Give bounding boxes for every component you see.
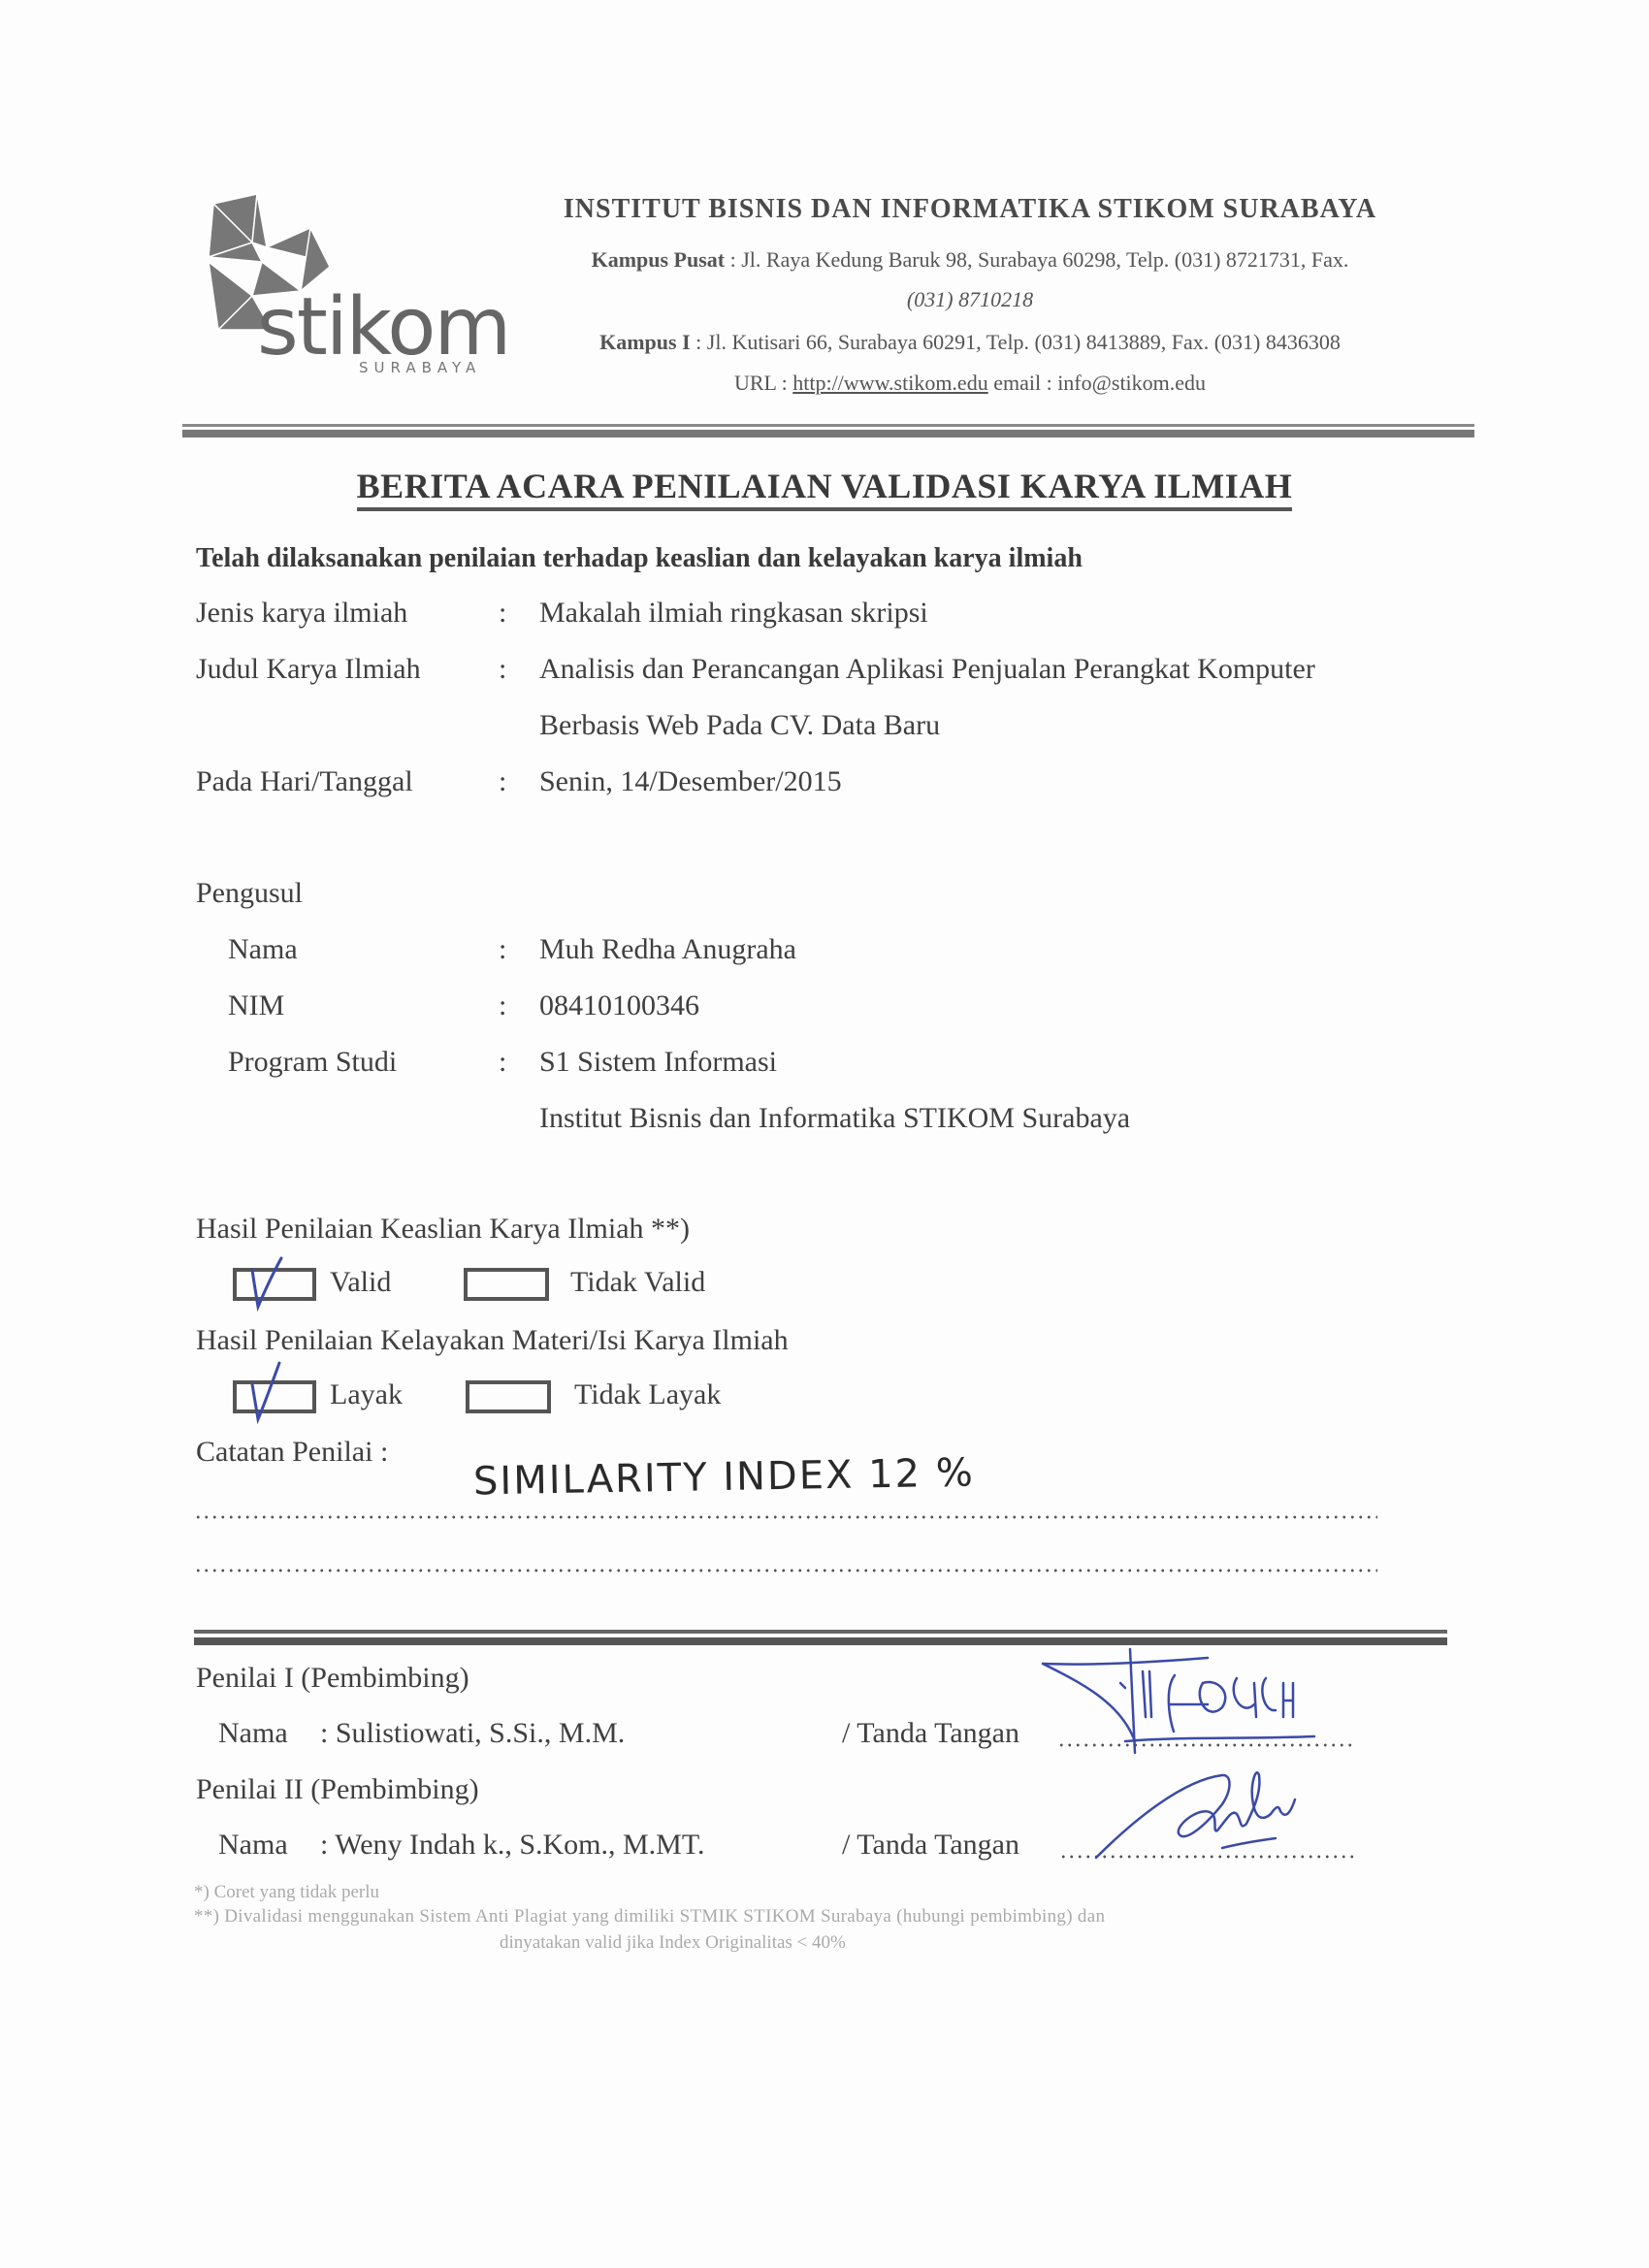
catatan-label: Catatan Penilai : <box>196 1436 388 1469</box>
note-line-1[interactable] <box>194 1515 1377 1519</box>
footnote-2-line1: **) Divalidasi menggunakan Sistem Anti P… <box>194 1906 1455 1928</box>
pengusul-heading: Pengusul <box>196 877 303 910</box>
tidak-valid-label: Tidak Valid <box>570 1266 705 1299</box>
footnote-2-line2: dinyatakan valid jika Index Originalitas… <box>500 1932 846 1954</box>
penilai-1-signature-icon <box>1033 1644 1324 1766</box>
judul-label: Judul Karya Ilmiah <box>196 653 421 686</box>
prodi-value-line2: Institut Bisnis dan Informatika STIKOM S… <box>539 1102 1130 1135</box>
tanggal-value: Senin, 14/Desember/2015 <box>539 765 842 798</box>
campus-main-fax: (031) 8710218 <box>504 287 1436 312</box>
nim-label: NIM <box>228 989 284 1022</box>
colon: : <box>499 653 506 686</box>
catatan-handwritten-note: SIMILARITY INDEX 12 % <box>473 1450 975 1504</box>
footnote-1: *) Coret yang tidak perlu <box>194 1882 379 1903</box>
judul-value-line2: Berbasis Web Pada CV. Data Baru <box>539 709 940 742</box>
contact-line: URL : http://www.stikom.edu email : info… <box>504 371 1436 396</box>
colon: : <box>499 989 506 1022</box>
penilai-1-signature-label: / Tanda Tangan <box>842 1717 1019 1750</box>
jenis-value: Makalah ilmiah ringkasan skripsi <box>539 597 928 630</box>
penilai-2-signature-icon <box>1086 1761 1377 1867</box>
note-line-2[interactable] <box>194 1569 1377 1572</box>
email-link[interactable]: info@stikom.edu <box>1057 371 1206 395</box>
valid-label: Valid <box>330 1266 391 1299</box>
penilai-2-nama-value: : Weny Indah k., S.Kom., M.MT. <box>320 1829 704 1862</box>
colon: : <box>499 597 506 630</box>
kelayakan-heading: Hasil Penilaian Kelayakan Materi/Isi Kar… <box>196 1324 789 1357</box>
jenis-label: Jenis karya ilmiah <box>196 597 407 630</box>
nim-value: 08410100346 <box>539 989 699 1022</box>
penilai-1-heading: Penilai I (Pembimbing) <box>196 1662 469 1695</box>
tidak-valid-checkbox[interactable] <box>464 1268 549 1301</box>
colon: : <box>499 933 506 966</box>
intro-statement: Telah dilaksanakan penilaian terhadap ke… <box>196 543 1083 574</box>
penilai-1-nama-label: Nama <box>218 1717 288 1750</box>
layak-label: Layak <box>330 1378 403 1411</box>
website-link[interactable]: http://www.stikom.edu <box>792 371 987 395</box>
stikom-logo: stikom SURABAYA <box>194 189 495 383</box>
penilai-1-nama-value: : Sulistiowati, S.Si., M.M. <box>320 1717 625 1750</box>
document-title: BERITA ACARA PENILAIAN VALIDASI KARYA IL… <box>175 466 1474 506</box>
tidak-layak-label: Tidak Layak <box>574 1378 721 1411</box>
header-divider-thick <box>182 430 1474 437</box>
tidak-layak-checkbox[interactable] <box>466 1380 551 1413</box>
penilai-2-heading: Penilai II (Pembimbing) <box>196 1773 479 1806</box>
header-divider-thin <box>182 424 1474 427</box>
section-divider-thin <box>194 1630 1447 1634</box>
prodi-label: Program Studi <box>228 1046 397 1079</box>
colon: : <box>499 1046 506 1079</box>
campus-1-address: Kampus I : Jl. Kutisari 66, Surabaya 602… <box>504 330 1436 355</box>
checkmark-icon <box>233 1256 291 1310</box>
campus-main-address: Kampus Pusat : Jl. Raya Kedung Baruk 98,… <box>504 247 1436 273</box>
logo-subtext: SURABAYA <box>359 359 481 376</box>
penilai-2-signature-label: / Tanda Tangan <box>842 1829 1019 1862</box>
keaslian-heading: Hasil Penilaian Keaslian Karya Ilmiah **… <box>196 1213 690 1246</box>
colon: : <box>499 765 506 798</box>
institution-name: INSTITUT BISNIS DAN INFORMATIKA STIKOM S… <box>533 194 1406 225</box>
judul-value-line1: Analisis dan Perancangan Aplikasi Penjua… <box>539 653 1315 686</box>
campus-1-label: Kampus I <box>599 330 691 354</box>
prodi-value-line1: S1 Sistem Informasi <box>539 1046 777 1079</box>
campus-main-label: Kampus Pusat <box>592 247 726 272</box>
checkmark-icon <box>233 1363 291 1421</box>
nama-label: Nama <box>228 933 298 966</box>
penilai-2-nama-label: Nama <box>218 1829 288 1862</box>
nama-value: Muh Redha Anugraha <box>539 933 796 966</box>
tanggal-label: Pada Hari/Tanggal <box>196 765 413 798</box>
